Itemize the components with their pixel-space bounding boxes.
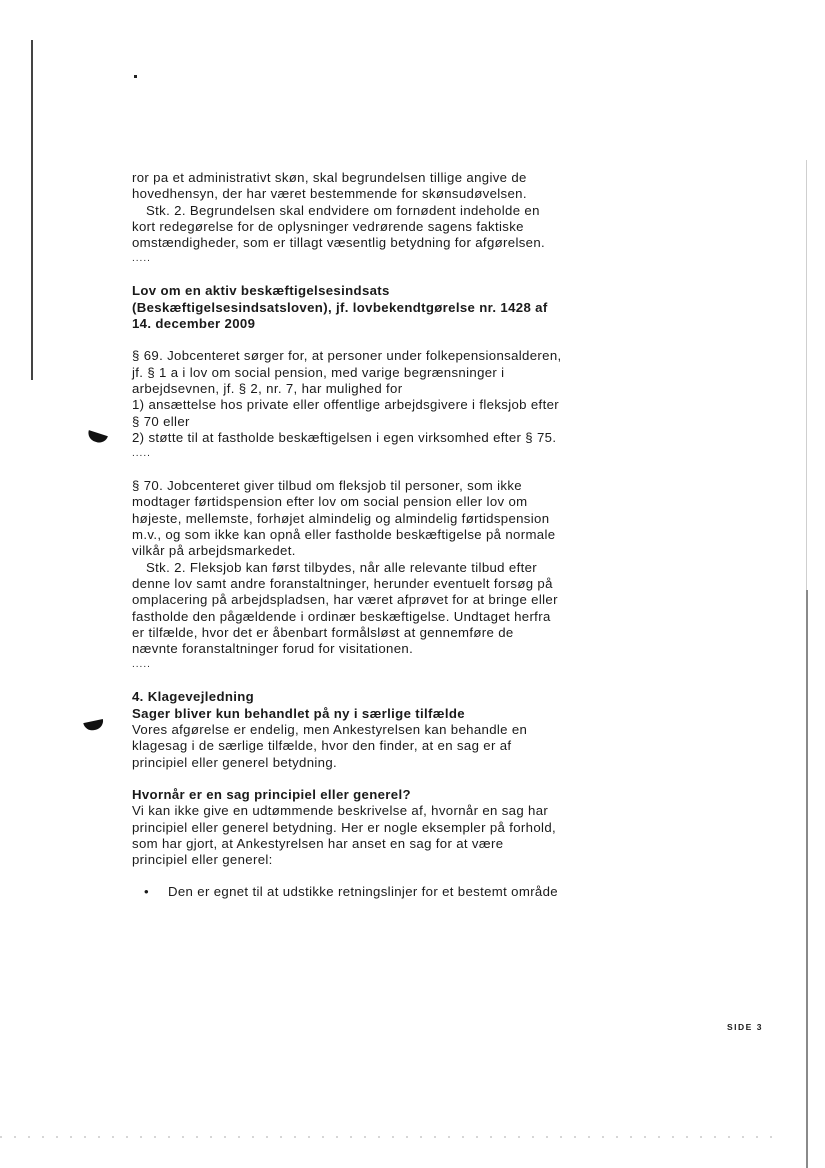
principle-bullet-list: Den er egnet til at udstikke retningslin…	[132, 884, 562, 900]
principle-text: Vi kan ikke give en udtømmende beskrivel…	[132, 803, 562, 868]
bullet-item: Den er egnet til at udstikke retningslin…	[144, 884, 562, 900]
punch-hole-mark-icon	[86, 430, 108, 445]
ellipsis: .....	[132, 446, 562, 462]
ellipsis: .....	[132, 251, 562, 267]
section-69-item-2: 2) støtte til at fastholde beskæftigelse…	[132, 430, 562, 446]
ellipsis: .....	[132, 657, 562, 673]
section-69-item-1: 1) ansættelse hos private eller offentli…	[132, 397, 562, 430]
scan-noise	[0, 1136, 780, 1138]
page-number: SIDE 3	[727, 1022, 763, 1032]
document-page: ror pa et administrativt skøn, skal begr…	[132, 170, 562, 901]
complaint-heading: 4. Klagevejledning	[132, 689, 562, 705]
punch-hole-mark-icon	[83, 719, 104, 732]
complaint-subheading: Sager bliver kun behandlet på ny i særli…	[132, 706, 562, 722]
intro-paragraph: ror pa et administrativt skøn, skal begr…	[132, 170, 562, 203]
section-70-stk2: Stk. 2. Fleksjob kan først tilbydes, når…	[132, 560, 562, 658]
scan-edge-line	[806, 590, 808, 1168]
scan-margin-line	[31, 40, 33, 380]
stk2-paragraph: Stk. 2. Begrundelsen skal endvidere om f…	[132, 203, 562, 252]
law-heading: Lov om en aktiv beskæftigelsesindsats (B…	[132, 283, 562, 332]
complaint-text: Vores afgørelse er endelig, men Ankestyr…	[132, 722, 562, 771]
section-70-text: § 70. Jobcenteret giver tilbud om fleksj…	[132, 478, 562, 559]
scan-speck	[134, 75, 137, 78]
scan-edge-line-faint	[806, 160, 807, 590]
section-69-text: § 69. Jobcenteret sørger for, at persone…	[132, 348, 562, 397]
principle-heading: Hvornår er en sag principiel eller gener…	[132, 787, 562, 803]
